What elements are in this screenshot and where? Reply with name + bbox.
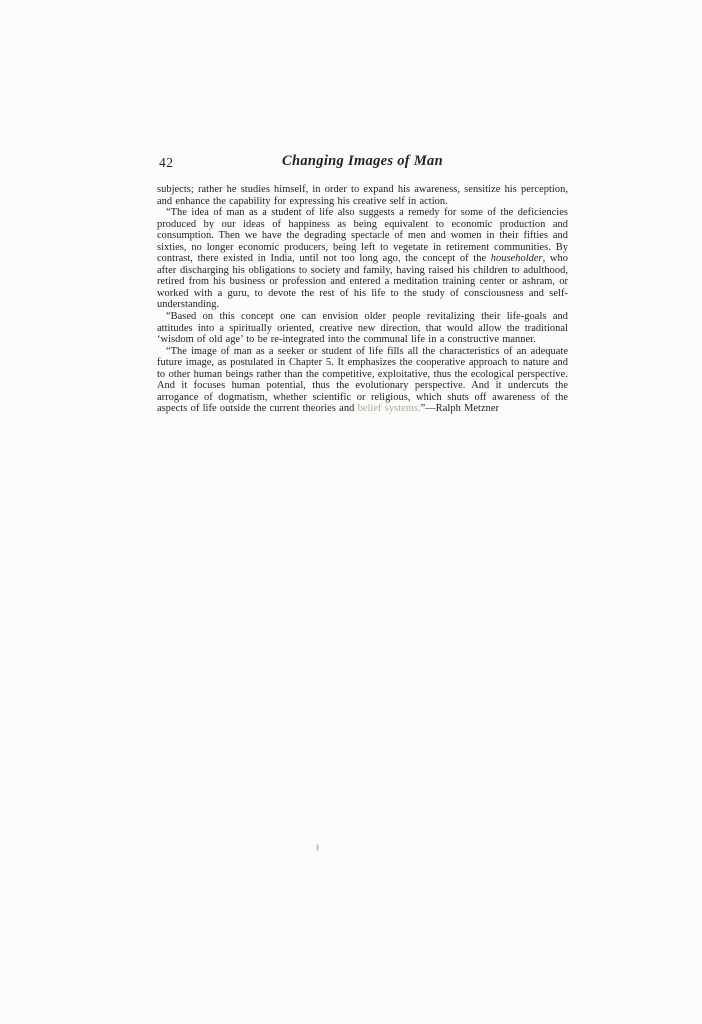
page-header: Changing Images of Man 42 bbox=[157, 153, 568, 171]
running-title: Changing Images of Man bbox=[157, 153, 568, 170]
scan-artifact-speck bbox=[316, 844, 319, 851]
paragraph-continuation: subjects; rather he studies himself, in … bbox=[157, 184, 568, 207]
faded-belief-systems-text: belief systems. bbox=[358, 403, 421, 414]
page-number: 42 bbox=[159, 155, 174, 171]
body-text-block: subjects; rather he studies himself, in … bbox=[157, 184, 568, 415]
attribution-ralph-metzner: ”—Ralph Metzner bbox=[421, 403, 499, 414]
householder-italic-word: householder bbox=[491, 253, 543, 264]
paragraph-based-on-concept: “Based on this concept one can envision … bbox=[157, 311, 568, 346]
book-page: Changing Images of Man 42 subjects; rath… bbox=[0, 0, 702, 1024]
paragraph-seeker-image: “The image of man as a seeker or student… bbox=[157, 346, 568, 415]
paragraph-student-of-life: “The idea of man as a student of life al… bbox=[157, 207, 568, 311]
